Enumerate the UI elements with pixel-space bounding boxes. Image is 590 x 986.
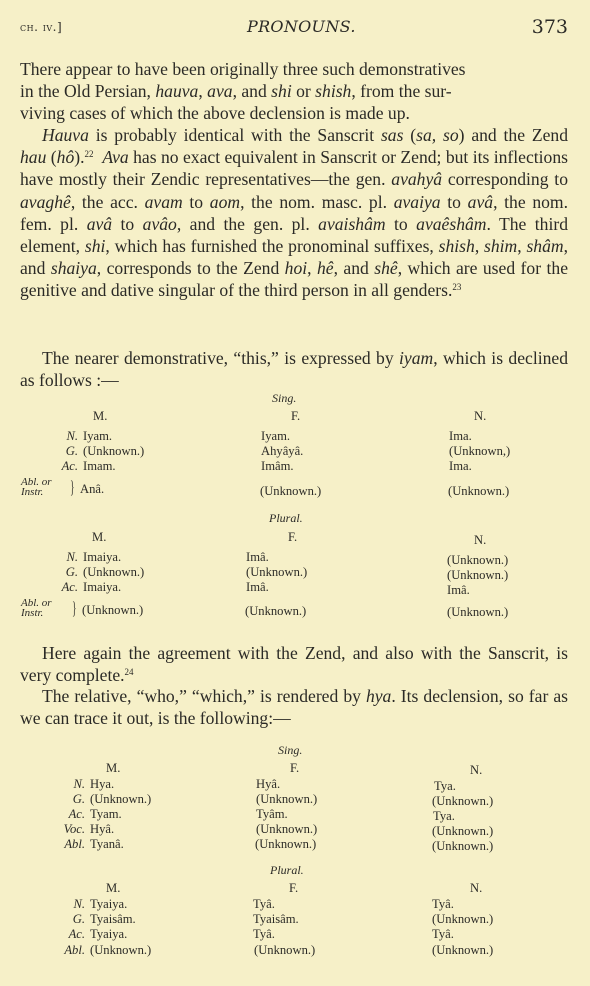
cell-masculine: Tyaisâm. [90,912,136,927]
cell-feminine: Ahyâyâ. [261,444,303,459]
cell-feminine: Imâ. [246,550,269,565]
text: to [112,214,143,234]
table-row: N. Iyam. Iyam. Ima. [0,429,590,445]
paragraph-4: Here again the agreement with the Zend, … [20,642,568,686]
term: hya [366,686,391,706]
paragraph-3: The nearer demonstrative, “this,” is exp… [20,347,568,391]
term: avâ [87,214,112,234]
header-feminine: F. [290,761,299,776]
paragraph-2: Hauva is probably identical with the San… [20,124,568,302]
case-label: Abl. [45,837,85,852]
term: avaishâm [318,214,385,234]
page-number: 373 [532,16,568,38]
term: shi [85,236,106,256]
paragraph-5: The relative, “who,” “which,” is rendere… [20,685,568,729]
header-neuter: N. [470,881,482,896]
cell-masculine: Tyaiya. [90,927,127,942]
table-row: G. (Unknown.) (Unknown.) (Unknown.) [0,792,590,808]
cell-neuter: (Unknown.) [432,839,493,854]
cell-feminine: (Unknown.) [254,943,315,958]
page-title: PRONOUNS. [247,17,356,36]
cell-feminine: (Unknown.) [255,837,316,852]
cell-masculine: (Unknown.) [90,792,151,807]
header-neuter: N. [474,409,486,424]
paragraph-1-line: in the Old Persian, hauva, ava, and shi … [20,81,452,101]
term: iyam [399,348,433,368]
cell-feminine: Tyaisâm. [253,912,299,927]
cell-masculine: Iyam. [83,429,112,444]
paragraph-1-line: There appear to have been originally thr… [20,59,466,79]
cell-feminine: (Unknown.) [260,484,321,499]
text: The relative, “who,” “which,” is rendere… [42,686,366,706]
table-row: Voc. Hyâ. (Unknown.) (Unknown.) [0,822,590,838]
term: shish [439,236,475,256]
cell-neuter: Tyâ. [432,897,454,912]
case-label: N. [40,550,78,565]
term: hê [317,258,334,278]
table-row: Abl. or Instr. } (Unknown.) (Unknown.) (… [0,597,590,621]
text: corresponding to [442,169,568,189]
cell-feminine: (Unknown.) [256,792,317,807]
text: , the acc. [71,192,145,212]
table-row: G. Tyaisâm. Tyaisâm. (Unknown.) [0,912,590,928]
text: ) and the Zend [459,125,568,145]
table-row: N. Hya. Hyâ. Tya. [0,777,590,793]
term: avahyâ [391,169,442,189]
cell-neuter: (Unknown,) [449,444,510,459]
cell-masculine: Imaiya. [83,580,121,595]
cell-feminine: Imâ. [246,580,269,595]
cell-masculine: Imaiya. [83,550,121,565]
text: ( [403,125,416,145]
chapter-label: ch. iv.] [20,20,62,34]
cell-feminine: (Unknown.) [256,822,317,837]
cell-feminine: Iyam. [261,429,290,444]
text: , and the gen. pl. [177,214,318,234]
paragraph-1: There appear to have been originally thr… [20,58,568,125]
cell-masculine: (Unknown.) [83,565,144,580]
term: avâ [468,192,493,212]
footnote-ref[interactable]: 23 [452,282,461,292]
header-neuter: N. [470,763,482,778]
header-feminine: F. [291,409,300,424]
cell-masculine: (Unknown.) [90,943,151,958]
case-label: N. [40,429,78,444]
text: , the nom. masc. pl. [240,192,394,212]
table-row: Ac. Imaiya. Imâ. Imâ. [0,580,590,596]
term: hau [20,147,46,167]
table-caption-plural: Plural. [270,863,304,878]
running-header: ch. iv.] PRONOUNS. 373 [20,16,568,40]
table-caption-sing: Sing. [272,391,296,406]
case-label: G. [40,444,78,459]
term: avaiya [394,192,441,212]
table-row: Abl. (Unknown.) (Unknown.) (Unknown.) [0,943,590,959]
term: avâo [143,214,177,234]
cell-neuter: (Unknown.) [448,484,509,499]
case-label: G. [45,912,85,927]
text: ( [46,147,56,167]
cell-neuter: Tyâ. [432,927,454,942]
term: shim [484,236,517,256]
cell-neuter: (Unknown.) [447,605,508,620]
table-row: N. Tyaiya. Tyâ. Tyâ. [0,897,590,913]
header-masculine: M. [106,761,120,776]
case-label: Ac. [40,459,78,474]
cell-neuter: Ima. [449,459,472,474]
cell-feminine: Tyâm. [256,807,288,822]
cell-neuter: Imâ. [447,583,470,598]
table-row: Ac. Tyam. Tyâm. Tya. [0,807,590,823]
brace-icon: } [72,599,76,617]
cell-feminine: Hyâ. [256,777,280,792]
case-label-instr: Instr. [21,487,43,497]
cell-feminine: Tyâ. [253,927,275,942]
cell-neuter: (Unknown.) [432,943,493,958]
book-page: ch. iv.] PRONOUNS. 373 There appear to h… [0,0,590,986]
cell-masculine: Hyâ. [90,822,114,837]
case-label: G. [45,792,85,807]
cell-feminine: Tyâ. [253,897,275,912]
term: shê [374,258,397,278]
cell-masculine: Imam. [83,459,116,474]
cell-neuter: (Unknown.) [432,912,493,927]
table-caption-plural: Plural. [269,511,303,526]
paragraph-1-line: viving cases of which the above declensi… [20,103,410,123]
header-masculine: M. [92,530,106,545]
term: shaiya [51,258,97,278]
text: Here again the agreement with the Zend, … [20,643,568,685]
case-label: Ac. [45,807,85,822]
term: sas [381,125,404,145]
term: hoi [285,258,307,278]
text: , [307,258,317,278]
text: , and [334,258,375,278]
text: to [441,192,468,212]
header-feminine: F. [289,881,298,896]
case-label-instr: Instr. [21,608,43,618]
term: avaghê [20,192,71,212]
case-label: Voc. [45,822,85,837]
table-row: Ac. Tyaiya. Tyâ. Tyâ. [0,927,590,943]
case-label: N. [45,897,85,912]
case-label: G. [40,565,78,580]
header-feminine: F. [288,530,297,545]
table-row: G. (Unknown.) (Unknown.) (Unknown.) [0,565,590,581]
text: ). [74,147,84,167]
brace-icon: } [70,478,74,496]
cell-masculine: Tyaiya. [90,897,127,912]
term: avam [145,192,183,212]
header-masculine: M. [93,409,107,424]
table-row: G. (Unknown.) Ahyâyâ. (Unknown,) [0,444,590,460]
footnote-ref[interactable]: 24 [125,667,134,677]
table-row: Abl. Tyanâ. (Unknown.) (Unknown.) [0,837,590,853]
term: Ava [102,147,128,167]
text: is probably identical with the Sanscrit [89,125,381,145]
table-row: N. Imaiya. Imâ. (Unknown.) [0,550,590,566]
table-row: Abl. or Instr. } Anâ. (Unknown.) (Unknow… [0,476,590,500]
cell-masculine: Anâ. [80,482,104,497]
cell-masculine: Tyanâ. [90,837,124,852]
text: to [183,192,210,212]
cell-neuter: Ima. [449,429,472,444]
cell-masculine: Hya. [90,777,114,792]
text: The nearer demonstrative, “this,” is exp… [42,348,399,368]
cell-feminine: (Unknown.) [245,604,306,619]
text: , which has furnished the pronominal suf… [105,236,438,256]
case-label: N. [45,777,85,792]
text: , [475,236,484,256]
footnote-ref[interactable]: 22 [85,149,94,159]
text: , corresponds to the Zend [97,258,285,278]
header-masculine: M. [106,881,120,896]
case-label: Ac. [40,580,78,595]
term: avaêshâm [416,214,486,234]
cell-masculine: Tyam. [90,807,122,822]
cell-masculine: (Unknown.) [83,444,144,459]
term: hô [57,147,75,167]
term: Hauva [42,125,89,145]
table-row: Ac. Imam. Imâm. Ima. [0,459,590,475]
term: sa, so [416,125,459,145]
table-caption-sing: Sing. [278,743,302,758]
term: shâm [526,236,563,256]
cell-feminine: Imâm. [261,459,294,474]
text: to [386,214,417,234]
cell-feminine: (Unknown.) [246,565,307,580]
header-neuter: N. [474,533,486,548]
case-label: Ac. [45,927,85,942]
cell-masculine: (Unknown.) [82,603,143,618]
case-label: Abl. [45,943,85,958]
term: aom [210,192,240,212]
